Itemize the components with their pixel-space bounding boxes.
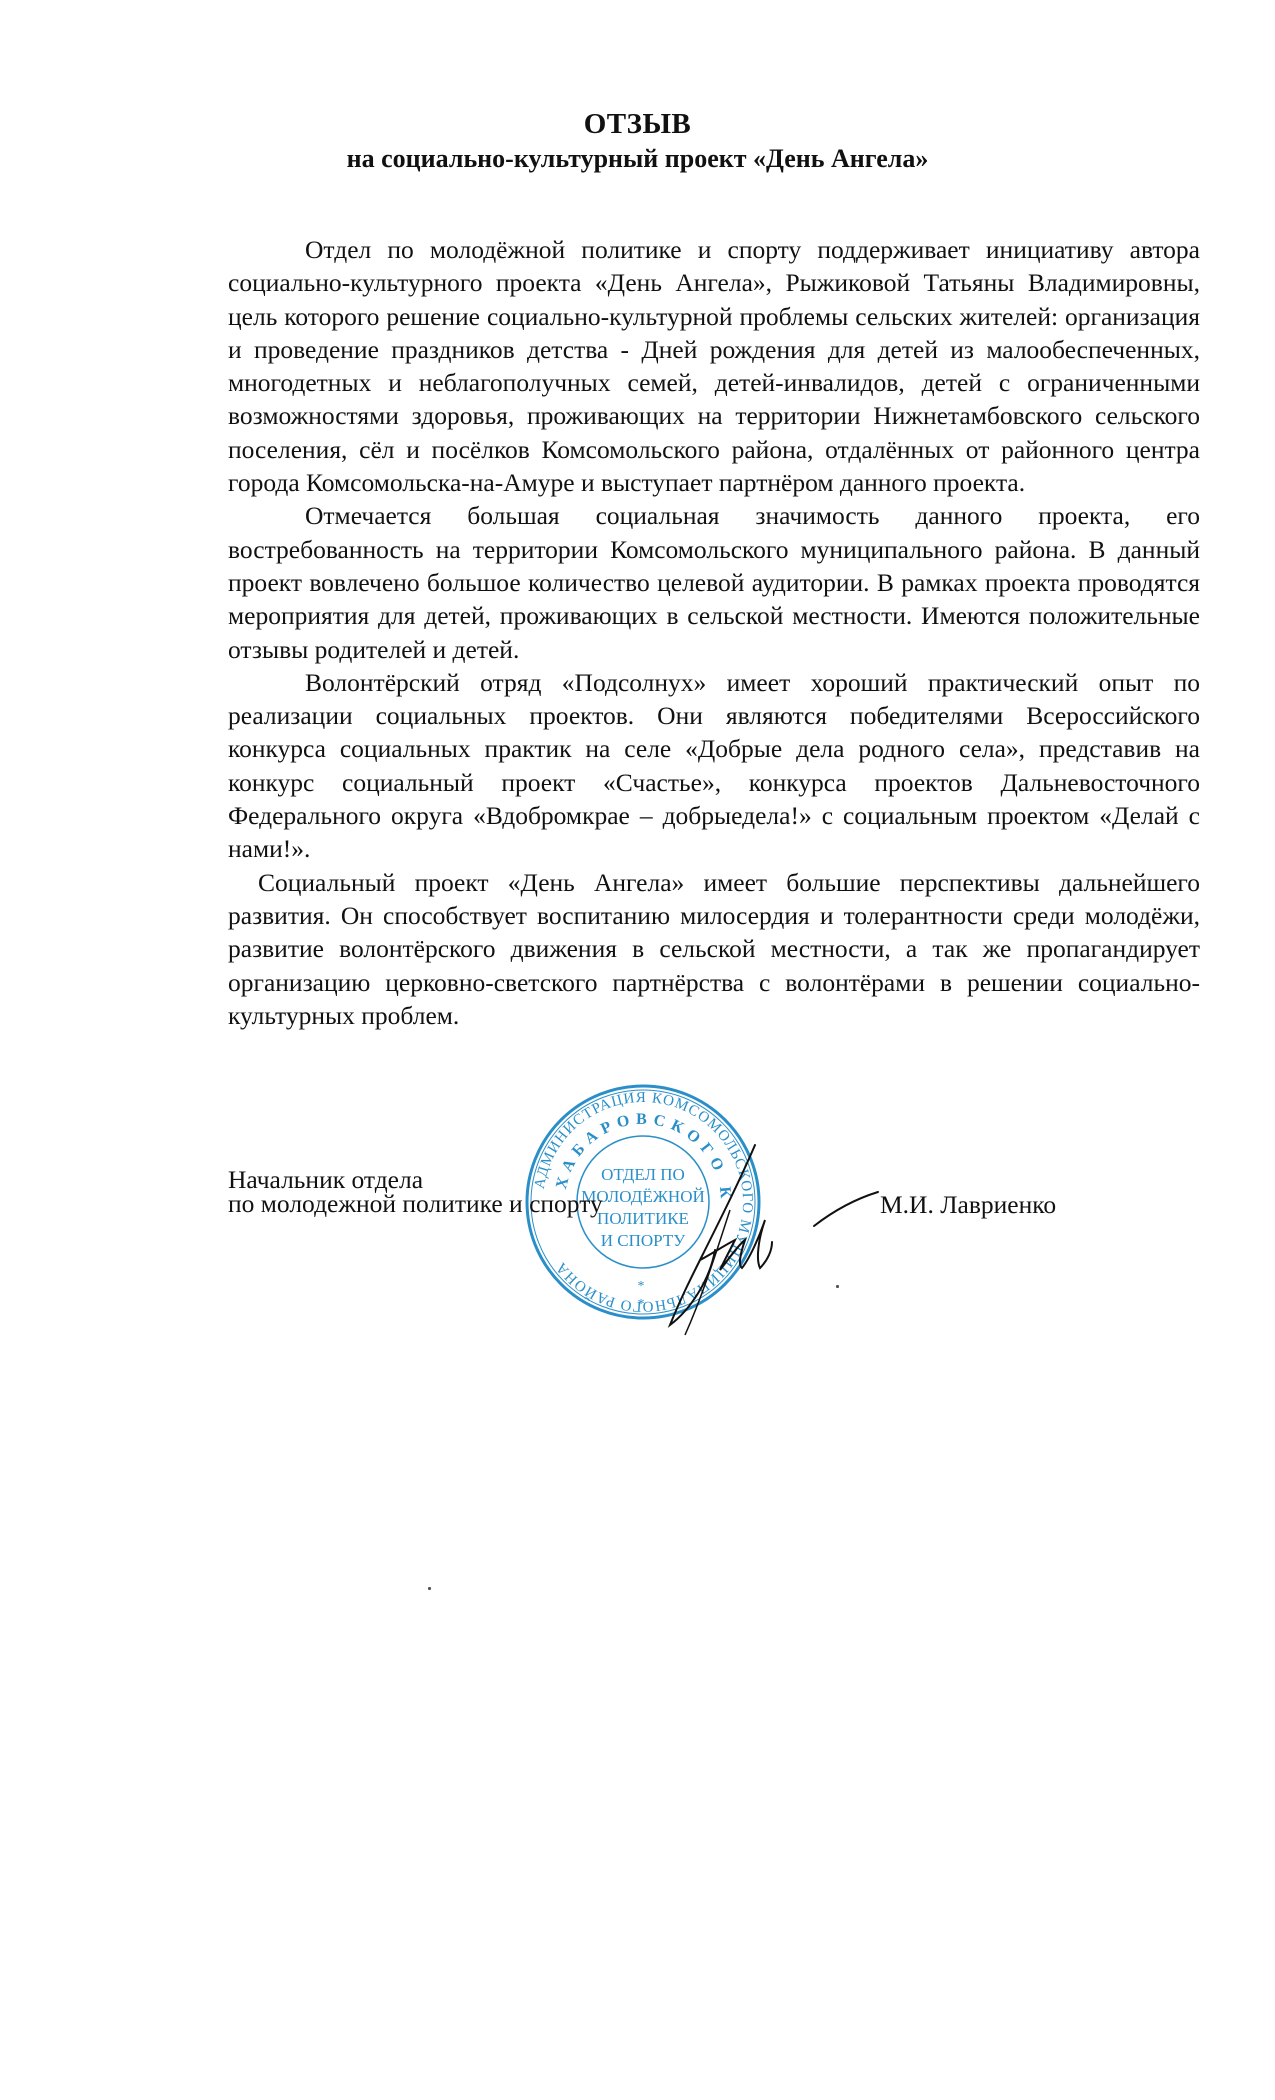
paragraph: Отмечается большая социальная значимость… xyxy=(228,499,1200,665)
signature-stroke-icon xyxy=(812,1190,882,1230)
paragraph: Социальный проект «День Ангела» имеет бо… xyxy=(228,866,1200,1032)
svg-text:*: * xyxy=(638,1279,645,1294)
paragraph: Отдел по молодёжной политике и спорту по… xyxy=(228,233,1200,499)
handwritten-signature-icon xyxy=(660,1140,860,1340)
document-body: Отдел по молодёжной политике и спорту по… xyxy=(228,233,1200,1032)
position-line: по молодежной политике и спорту xyxy=(228,1192,603,1216)
signatory-name: М.И. Лавриенко xyxy=(880,1190,1056,1220)
document-title: ОТЗЫВ xyxy=(0,108,1275,141)
svg-text:*: * xyxy=(638,1297,645,1312)
document-subtitle: на социально-культурный проект «День Анг… xyxy=(0,144,1275,174)
scan-speck xyxy=(836,1285,839,1288)
document-page: ОТЗЫВ на социально-культурный проект «Де… xyxy=(0,0,1275,2100)
paragraph: Волонтёрский отряд «Подсолнух» имеет хор… xyxy=(228,666,1200,866)
scan-speck xyxy=(428,1587,431,1590)
signatory-position: Начальник отдела по молодежной политике … xyxy=(228,1168,603,1216)
